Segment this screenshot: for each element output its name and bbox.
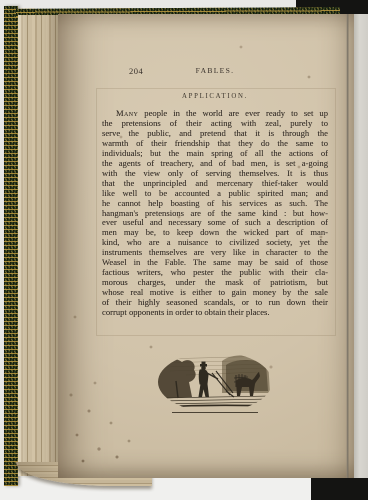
book-photograph: 204 FABLES. APPLICATION. Many people in … [0, 0, 368, 500]
ground-line [158, 405, 272, 407]
page-gutter-crease [346, 14, 349, 478]
paragraph: Many people in the world are ever ready … [102, 109, 328, 318]
text-line: corrupt opponents in order to obtain the… [102, 308, 328, 318]
open-book: 204 FABLES. APPLICATION. Many people in … [4, 6, 354, 486]
section-heading: APPLICATION. [102, 93, 328, 100]
foliage-left [156, 359, 196, 399]
page-header: 204 FABLES. [102, 66, 328, 78]
page-number: 204 [129, 66, 143, 76]
facing-page-edge [354, 14, 368, 478]
lead-word-small-caps: Many [116, 108, 138, 118]
tailpiece-engraving [156, 351, 274, 415]
book-page: 204 FABLES. APPLICATION. Many people in … [58, 14, 354, 478]
ploughman-figure [199, 362, 218, 397]
foxing-specks [58, 14, 60, 16]
text-block: 204 FABLES. APPLICATION. Many people in … [102, 66, 328, 415]
marbled-board-edge-left [4, 6, 18, 486]
